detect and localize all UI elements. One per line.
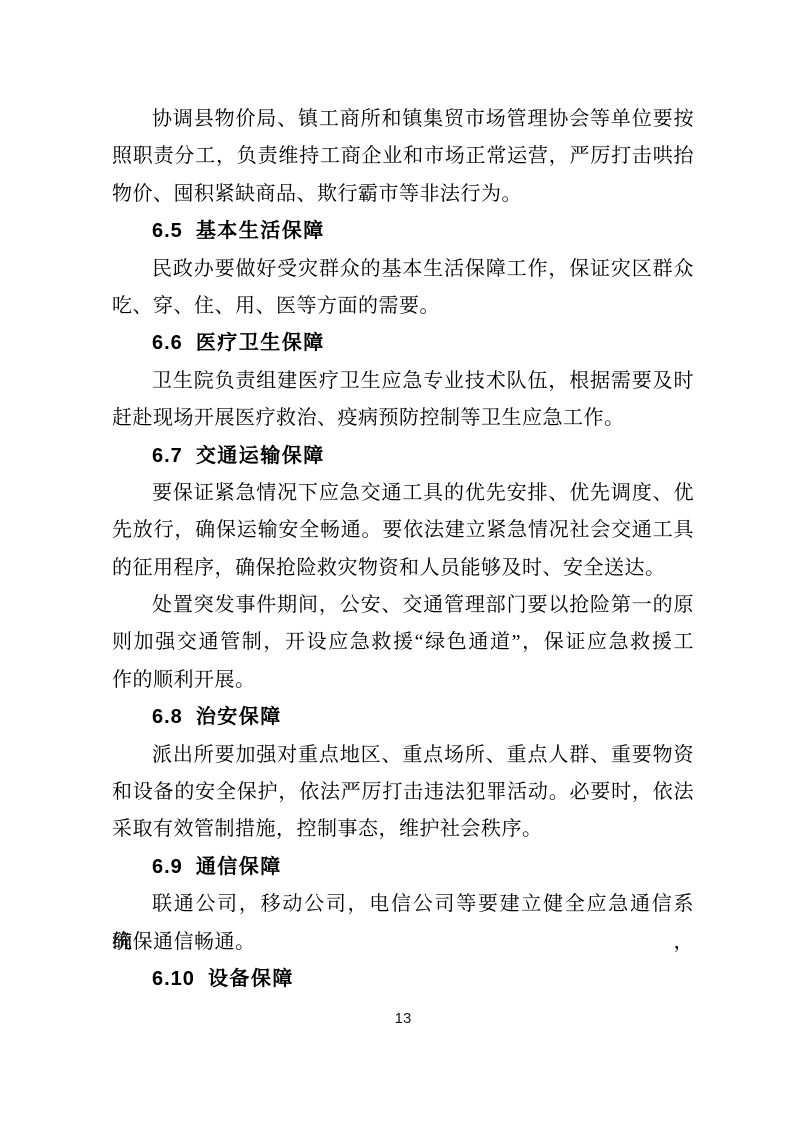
text-line: 采取有效管制措施，控制事态，维护社会秩序。 bbox=[112, 811, 694, 848]
section-heading: 6.10设备保障 bbox=[112, 961, 694, 998]
section-heading: 6.9通信保障 bbox=[112, 849, 694, 886]
section-number: 6.9 bbox=[152, 856, 183, 878]
text-line: 协调县物价局、镇工商所和镇集贸市场管理协会等单位要按 bbox=[112, 101, 694, 138]
section-title: 设备保障 bbox=[208, 968, 294, 990]
document-content: 协调县物价局、镇工商所和镇集贸市场管理协会等单位要按照职责分工，负责维持工商企业… bbox=[112, 101, 694, 998]
section-title: 基本生活保障 bbox=[196, 220, 325, 242]
section-heading: 6.7交通运输保障 bbox=[112, 438, 694, 475]
section-number: 6.8 bbox=[152, 706, 183, 728]
text-line: 吃、穿、住、用、医等方面的需要。 bbox=[112, 288, 694, 325]
document-page: 协调县物价局、镇工商所和镇集贸市场管理协会等单位要按照职责分工，负责维持工商企业… bbox=[0, 0, 793, 1122]
section-number: 6.6 bbox=[152, 332, 183, 354]
paragraph: 要保证紧急情况下应急交通工具的优先安排、优先调度、优先放行，确保运输安全畅通。要… bbox=[112, 475, 694, 587]
section-heading: 6.8治安保障 bbox=[112, 699, 694, 736]
paragraph: 联通公司，移动公司，电信公司等要建立健全应急通信系统，确保通信畅通。 bbox=[112, 886, 694, 961]
text-line: 派出所要加强对重点地区、重点场所、重点人群、重要物资 bbox=[112, 737, 694, 774]
text-line: 物价、囤积紧缺商品、欺行霸市等非法行为。 bbox=[112, 176, 694, 213]
section-title: 医疗卫生保障 bbox=[196, 332, 325, 354]
text-line: 卫生院负责组建医疗卫生应急专业技术队伍，根据需要及时 bbox=[112, 363, 694, 400]
section-heading: 6.6医疗卫生保障 bbox=[112, 325, 694, 362]
paragraph: 处置突发事件期间，公安、交通管理部门要以抢险第一的原则加强交通管制，开设应急救援… bbox=[112, 587, 694, 699]
text-line: 赶赴现场开展医疗救治、疫病预防控制等卫生应急工作。 bbox=[112, 400, 694, 437]
section-title: 通信保障 bbox=[196, 856, 282, 878]
text-line: 联通公司，移动公司，电信公司等要建立健全应急通信系统， bbox=[112, 886, 694, 923]
text-line: 作的顺利开展。 bbox=[112, 662, 694, 699]
text-line: 处置突发事件期间，公安、交通管理部门要以抢险第一的原 bbox=[112, 587, 694, 624]
text-line: 先放行，确保运输安全畅通。要依法建立紧急情况社会交通工具 bbox=[112, 512, 694, 549]
section-title: 交通运输保障 bbox=[196, 445, 325, 467]
paragraph: 协调县物价局、镇工商所和镇集贸市场管理协会等单位要按照职责分工，负责维持工商企业… bbox=[112, 101, 694, 213]
text-line: 则加强交通管制，开设应急救援“绿色通道”，保证应急救援工 bbox=[112, 624, 694, 661]
section-number: 6.7 bbox=[152, 445, 183, 467]
section-title: 治安保障 bbox=[196, 706, 282, 728]
paragraph: 派出所要加强对重点地区、重点场所、重点人群、重要物资和设备的安全保护，依法严厉打… bbox=[112, 737, 694, 849]
section-number: 6.5 bbox=[152, 220, 183, 242]
section-number: 6.10 bbox=[152, 968, 195, 990]
text-line: 的征用程序，确保抢险救灾物资和人员能够及时、安全送达。 bbox=[112, 550, 694, 587]
text-line: 要保证紧急情况下应急交通工具的优先安排、优先调度、优 bbox=[112, 475, 694, 512]
paragraph: 卫生院负责组建医疗卫生应急专业技术队伍，根据需要及时赶赴现场开展医疗救治、疫病预… bbox=[112, 363, 694, 438]
text-line: 和设备的安全保护，依法严厉打击违法犯罪活动。必要时，依法 bbox=[112, 774, 694, 811]
text-line: 民政办要做好受灾群众的基本生活保障工作，保证灾区群众 bbox=[112, 251, 694, 288]
paragraph: 民政办要做好受灾群众的基本生活保障工作，保证灾区群众吃、穿、住、用、医等方面的需… bbox=[112, 251, 694, 326]
text-line: 照职责分工，负责维持工商企业和市场正常运营，严厉打击哄抬 bbox=[112, 138, 694, 175]
page-number: 13 bbox=[112, 1010, 694, 1027]
section-heading: 6.5基本生活保障 bbox=[112, 213, 694, 250]
